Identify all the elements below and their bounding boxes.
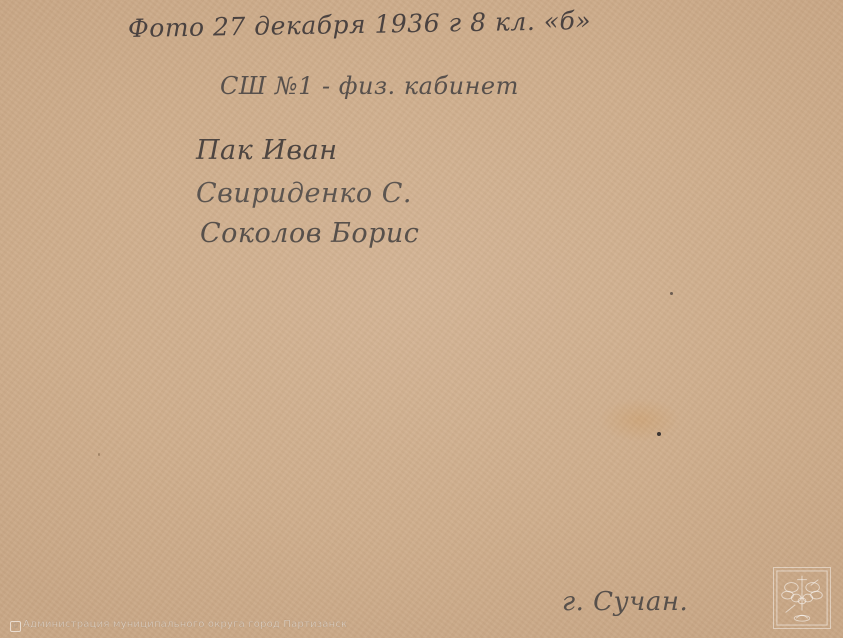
coat-of-arms-icon bbox=[773, 567, 831, 629]
copyright-icon: © bbox=[10, 621, 21, 632]
ink-speck bbox=[670, 292, 673, 295]
watermark-label: Администрация муниципального округа горо… bbox=[23, 619, 347, 630]
watermark-caption: ©Администрация муниципального округа гор… bbox=[10, 619, 347, 632]
inscription-date-class: Фото 27 декабря 1936 г 8 кл. «б» bbox=[128, 6, 592, 43]
inscription-name-2: Свириденко С. bbox=[196, 178, 412, 209]
inscription-school: СШ №1 - физ. кабинет bbox=[220, 72, 519, 100]
inscription-name-3: Соколов Борис bbox=[200, 218, 419, 249]
photo-back: Фото 27 декабря 1936 г 8 кл. «б» СШ №1 -… bbox=[0, 0, 843, 638]
paper-speck bbox=[98, 453, 100, 456]
inscription-name-1: Пак Иван bbox=[196, 135, 338, 166]
ink-speck bbox=[657, 432, 661, 436]
inscription-place: г. Сучан. bbox=[562, 587, 688, 617]
